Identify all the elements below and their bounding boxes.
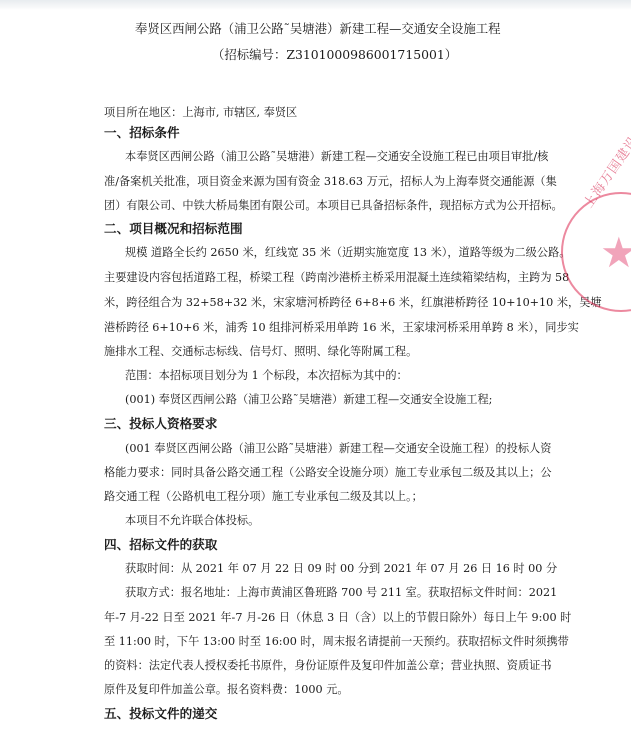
paragraph-line: 团）有限公司、中铁大桥局集团有限公司。本项目已具备招标条件，现招标方式为公开招标… — [104, 199, 563, 213]
paragraph-line: 获取方式：报名地址：上海市黄浦区鲁班路 700 号 211 室。获取招标文件时间… — [125, 586, 557, 600]
paragraph-line: 准/备案机关批准，项目资金来源为国有资金 318.63 万元，招标人为上海奉贤交… — [104, 175, 557, 189]
paragraph-line: 路交通工程（公路机电工程分项）施工专业承包二级及其以上。； — [104, 490, 423, 504]
paragraph-line: 范围：本招标项目划分为 1 个标段，本次招标为其中的： — [125, 369, 408, 383]
section-heading-2: 二、项目概况和招标范围 — [104, 221, 243, 237]
paragraph-line: (001) 奉贤区西闸公路（浦卫公路˜吴塘港）新建工程—交通安全设施工程; — [125, 393, 492, 407]
seal-star-icon: ★ — [600, 232, 631, 274]
paragraph-line: 本项目不允许联合体投标。 — [125, 514, 259, 528]
paragraph-line: 港桥跨径 6+10+6 米，浦秀 10 组排河桥采用单跨 16 米，王家埭河桥采… — [104, 321, 579, 335]
paragraph-line: 格能力要求：同时具备公路交通工程（公路安全设施分项）施工专业承包二级及其以上；公 — [104, 466, 552, 480]
project-location: 项目所在地区：上海市, 市辖区, 奉贤区 — [104, 106, 297, 120]
paragraph-line: 米，跨径组合为 32+58+32 米，宋家塘河桥跨径 6+8+6 米，红旗港桥跨… — [104, 296, 602, 310]
tender-code: （招标编号：Z3101000986001715001） — [212, 48, 457, 62]
paragraph-line: 原件及复印件加盖公章。报名资料费：1000 元。 — [104, 683, 349, 697]
paragraph-line: 至 11:00 时，下午 13:00 时至 16:00 时，周末报名请提前一天预… — [104, 635, 569, 649]
paragraph-line: (001 奉贤区西闸公路（浦卫公路˜吴塘港）新建工程—交通安全设施工程）的投标人… — [125, 442, 551, 456]
paragraph-line: 获取时间：从 2021 年 07 月 22 日 09 时 00 分到 2021 … — [125, 562, 557, 576]
scan-top-edge — [0, 0, 631, 10]
paragraph-line: 的资料：法定代表人授权委托书原件，身份证原件及复印件加盖公章；营业执照、资质证书 — [104, 659, 552, 673]
paragraph-line: 本奉贤区西闸公路（浦卫公路˜吴塘港）新建工程—交通安全设施工程已由项目审批/核 — [125, 150, 548, 164]
section-heading-1: 一、招标条件 — [104, 125, 180, 141]
section-heading-5: 五、投标文件的递交 — [104, 706, 217, 722]
paragraph-line: 年-7 月-22 日至 2021 年-7 月-26 日（休息 3 日（含）以上的… — [104, 611, 571, 625]
section-heading-4: 四、招标文件的获取 — [104, 537, 217, 553]
paragraph-line: 施排水工程、交通标志标线、信号灯、照明、绿化等附属工程。 — [104, 345, 417, 359]
paragraph-line: 规模 道路全长约 2650 米，红线宽 35 米（近期实施宽度 13 米），道路… — [125, 246, 570, 260]
document-title: 奉贤区西闸公路（浦卫公路˜吴塘港）新建工程—交通安全设施工程 — [135, 22, 501, 36]
paragraph-line: 主要建设内容包括道路工程，桥梁工程（跨南沙港桥主桥采用混凝土连续箱梁结构，主跨为… — [104, 271, 569, 285]
section-heading-3: 三、投标人资格要求 — [104, 416, 217, 432]
